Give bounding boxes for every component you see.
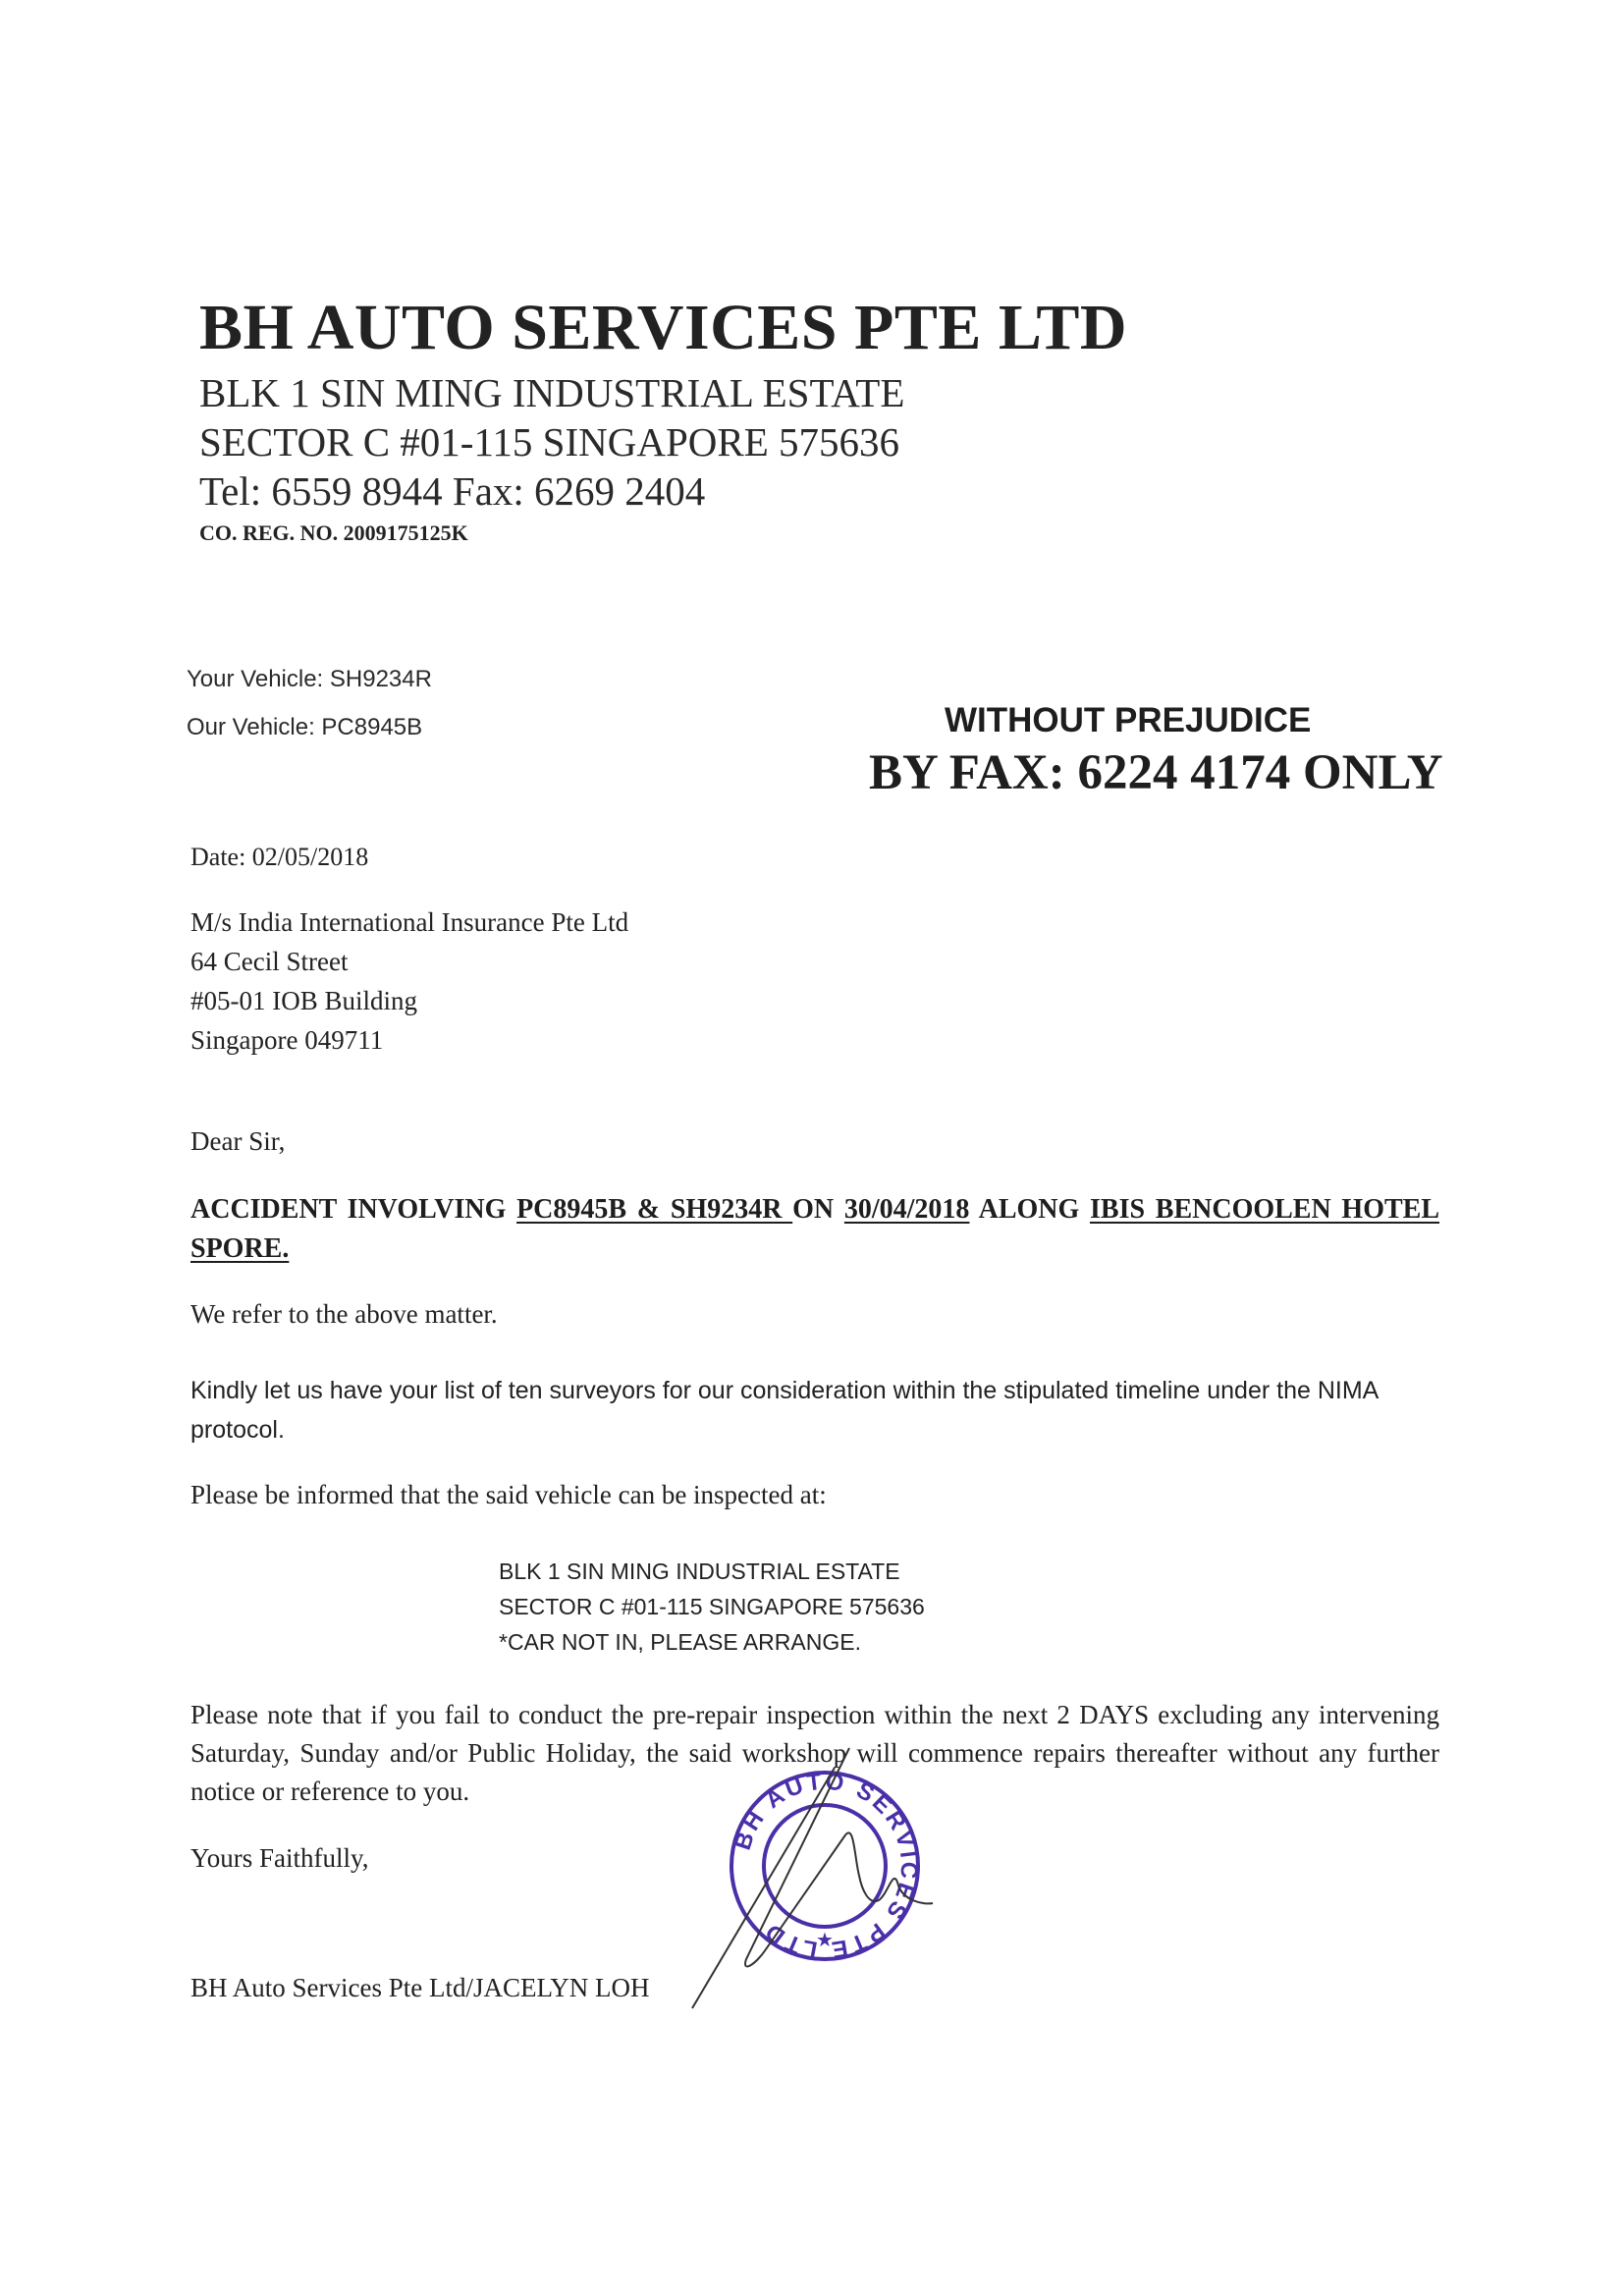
- recipient-line: #05-01 IOB Building: [190, 986, 417, 1016]
- subject-line: ACCIDENT INVOLVING PC8945B & SH9234R ON …: [190, 1190, 1439, 1269]
- body-kindly: Kindly let us have your list of ten surv…: [190, 1371, 1428, 1449]
- your-vehicle: Your Vehicle: SH9234R: [187, 666, 432, 693]
- our-vehicle: Our Vehicle: PC8945B: [187, 714, 422, 741]
- salutation: Dear Sir,: [190, 1126, 285, 1157]
- inspection-line: BLK 1 SIN MING INDUSTRIAL ESTATE: [499, 1558, 900, 1585]
- without-prejudice-notice: WITHOUT PREJUDICE: [945, 701, 1311, 740]
- signature-icon: [687, 1728, 943, 2013]
- inspection-line: *CAR NOT IN, PLEASE ARRANGE.: [499, 1629, 861, 1656]
- company-contact-line: Tel: 6559 8944 Fax: 6269 2404: [199, 467, 705, 515]
- recipient-line: 64 Cecil Street: [190, 947, 348, 977]
- company-name: BH AUTO SERVICES PTE LTD: [199, 291, 1127, 365]
- body-informed: Please be informed that the said vehicle…: [190, 1480, 827, 1510]
- closing: Yours Faithfully,: [190, 1843, 369, 1874]
- recipient-line: Singapore 049711: [190, 1025, 383, 1056]
- subject-vehicles: PC8945B & SH9234R: [516, 1194, 792, 1225]
- letter-date: Date: 02/05/2018: [190, 843, 368, 872]
- subject-on: ON: [792, 1194, 844, 1225]
- by-fax-notice: BY FAX: 6224 4174 ONLY: [869, 744, 1443, 801]
- subject-along: ALONG: [969, 1194, 1090, 1225]
- signatory: BH Auto Services Pte Ltd/JACELYN LOH: [190, 1973, 650, 2003]
- body-refer: We refer to the above matter.: [190, 1299, 498, 1330]
- inspection-line: SECTOR C #01-115 SINGAPORE 575636: [499, 1594, 925, 1620]
- subject-prefix: ACCIDENT INVOLVING: [190, 1194, 516, 1225]
- company-reg-no: CO. REG. NO. 2009175125K: [199, 520, 468, 546]
- company-address-line-1: BLK 1 SIN MING INDUSTRIAL ESTATE: [199, 369, 904, 416]
- company-address-line-2: SECTOR C #01-115 SINGAPORE 575636: [199, 418, 899, 465]
- recipient-line: M/s India International Insurance Pte Lt…: [190, 907, 628, 938]
- subject-date: 30/04/2018: [844, 1194, 970, 1225]
